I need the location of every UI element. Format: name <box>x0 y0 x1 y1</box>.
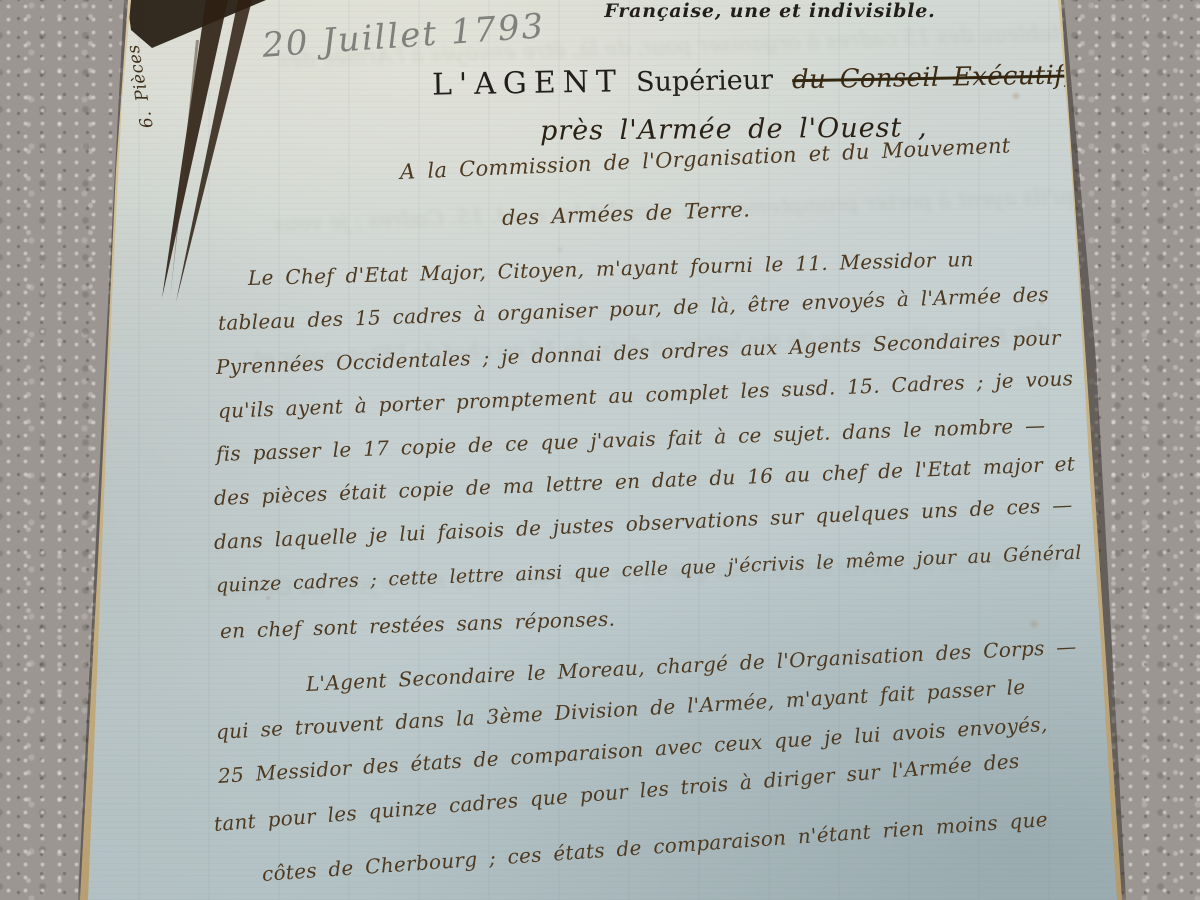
photo-of-manuscript: tableau des 15 cadres à organiser pour, … <box>0 0 1200 900</box>
heading-superieur: Supérieur <box>636 65 773 98</box>
heading-struck-text: du Conseil Exécutif, <box>792 60 1072 95</box>
printed-motto: Française, une et indivisible. <box>560 0 980 22</box>
document-paper: tableau des 15 cadres à organiser pour, … <box>0 0 1200 900</box>
heading-agent: L'AGENT <box>432 64 624 102</box>
